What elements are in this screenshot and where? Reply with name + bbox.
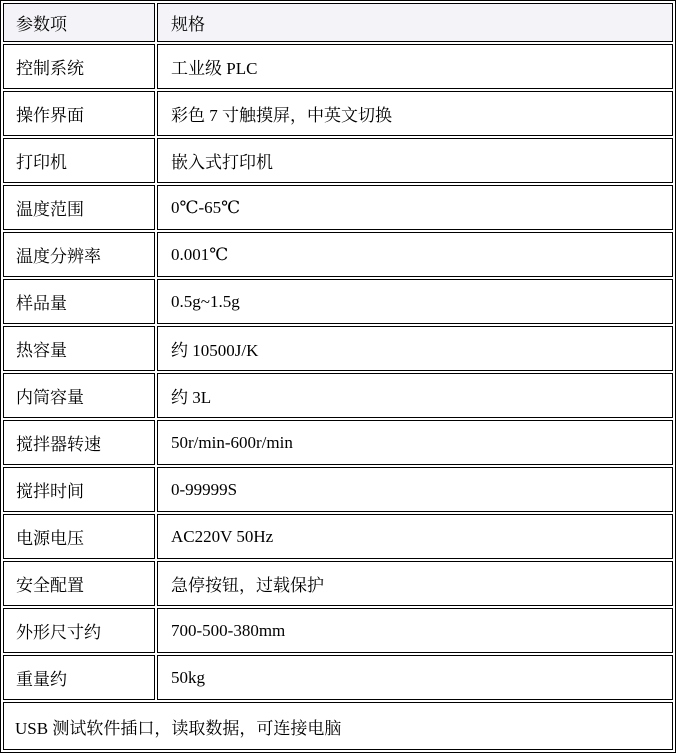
param-cell: 样品量 xyxy=(3,279,155,324)
table-row: 操作界面 彩色 7 寸触摸屏，中英文切换 xyxy=(3,91,673,136)
table-row: 控制系统 工业级 PLC xyxy=(3,44,673,89)
table-row: 打印机 嵌入式打印机 xyxy=(3,138,673,183)
table-row: 重量约 50kg xyxy=(3,655,673,700)
table-row: 外形尺寸约 700-500-380mm xyxy=(3,608,673,653)
spec-cell: 0-99999S xyxy=(157,467,673,512)
spec-cell: 嵌入式打印机 xyxy=(157,138,673,183)
table-row: 电源电压 AC220V 50Hz xyxy=(3,514,673,559)
spec-cell: 0.001℃ xyxy=(157,232,673,277)
spec-cell: AC220V 50Hz xyxy=(157,514,673,559)
spec-table: 参数项 规格 控制系统 工业级 PLC 操作界面 彩色 7 寸触摸屏，中英文切换… xyxy=(0,0,676,753)
param-cell: 温度范围 xyxy=(3,185,155,230)
param-cell: 内筒容量 xyxy=(3,373,155,418)
spec-cell: 700-500-380mm xyxy=(157,608,673,653)
spec-cell: 约 10500J/K xyxy=(157,326,673,371)
spec-cell: 急停按钮，过载保护 xyxy=(157,561,673,606)
header-param-cell: 参数项 xyxy=(3,3,155,42)
param-cell: 搅拌时间 xyxy=(3,467,155,512)
param-cell: 操作界面 xyxy=(3,91,155,136)
table-row: 搅拌时间 0-99999S xyxy=(3,467,673,512)
spec-cell: 工业级 PLC xyxy=(157,44,673,89)
header-row: 参数项 规格 xyxy=(3,3,673,42)
param-cell: 打印机 xyxy=(3,138,155,183)
spec-cell: 彩色 7 寸触摸屏，中英文切换 xyxy=(157,91,673,136)
footer-row: USB 测试软件插口，读取数据，可连接电脑 xyxy=(3,702,673,750)
table-row: 温度范围 0℃-65℃ xyxy=(3,185,673,230)
spec-cell: 50r/min-600r/min xyxy=(157,420,673,465)
usb-note-cell: USB 测试软件插口，读取数据，可连接电脑 xyxy=(3,702,673,750)
param-cell: 安全配置 xyxy=(3,561,155,606)
table-row: 搅拌器转速 50r/min-600r/min xyxy=(3,420,673,465)
param-cell: 热容量 xyxy=(3,326,155,371)
table-row: 热容量 约 10500J/K xyxy=(3,326,673,371)
param-cell: 搅拌器转速 xyxy=(3,420,155,465)
spec-cell: 50kg xyxy=(157,655,673,700)
table-row: 温度分辨率 0.001℃ xyxy=(3,232,673,277)
param-cell: 重量约 xyxy=(3,655,155,700)
table-row: 样品量 0.5g~1.5g xyxy=(3,279,673,324)
param-cell: 温度分辨率 xyxy=(3,232,155,277)
spec-cell: 0℃-65℃ xyxy=(157,185,673,230)
param-cell: 控制系统 xyxy=(3,44,155,89)
param-cell: 电源电压 xyxy=(3,514,155,559)
table-row: 安全配置 急停按钮，过载保护 xyxy=(3,561,673,606)
header-spec-cell: 规格 xyxy=(157,3,673,42)
spec-cell: 0.5g~1.5g xyxy=(157,279,673,324)
param-cell: 外形尺寸约 xyxy=(3,608,155,653)
spec-cell: 约 3L xyxy=(157,373,673,418)
table-row: 内筒容量 约 3L xyxy=(3,373,673,418)
